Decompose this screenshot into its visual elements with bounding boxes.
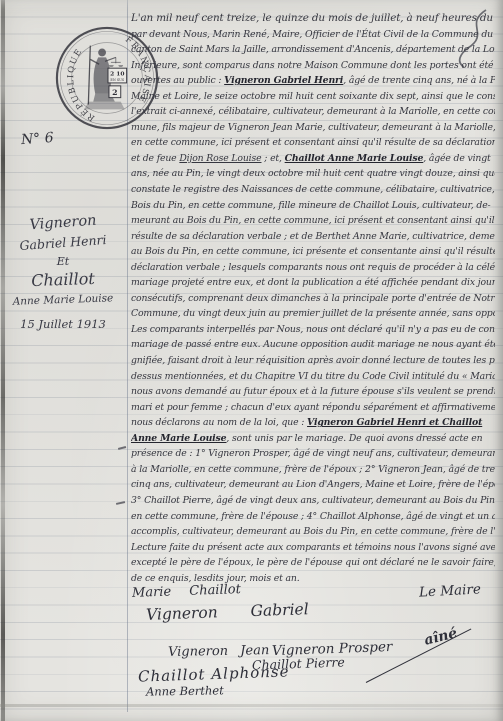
act-text-line: au Bois du Pin, en cette commune, ici pr…: [131, 244, 495, 260]
stamp-denomination-value: 2: [112, 88, 117, 97]
signature-mother: Anne Berthet: [146, 683, 224, 698]
act-text-line: résulte de sa déclaration verbale ; et d…: [131, 229, 495, 245]
act-text-line: excepté le père de l'époux, le père de l…: [131, 555, 495, 571]
stamp-surtax-value: 2 10: [110, 71, 124, 78]
act-text-segment: Maine et Loire, le seize octobre mil hui…: [131, 91, 495, 102]
act-text-line: constate le registre des Naissances de c…: [131, 182, 495, 198]
act-text-segment: nous avons demandé au futur époux et à l…: [131, 386, 495, 397]
act-text-segment: constate le registre des Naissances de c…: [131, 184, 495, 195]
scan-left-edge-shadow: [1, 0, 5, 721]
act-text-line: Bois du Pin, en cette commune, fille min…: [131, 198, 495, 214]
act-text-segment: Bois du Pin, en cette commune, fille min…: [131, 200, 491, 211]
act-text-line: mari et pour femme ; chacun d'eux ayant …: [131, 400, 495, 416]
act-text-segment: en cette commune, frère de l'épouse ; 4°…: [131, 511, 495, 522]
act-text-line: Maine et Loire, le seize octobre mil hui…: [131, 89, 495, 105]
act-text-segment: canton de Saint Mars la Jaille, arrondis…: [131, 44, 495, 55]
act-text-line: mariage de passé entre eux. Aucune oppos…: [131, 337, 495, 353]
act-text-segment: Commune, du vingt deux juin au premier j…: [131, 308, 495, 319]
act-text-line: à la Mariolle, en cette commune, frère d…: [131, 462, 495, 478]
margin-title-line: Chaillot: [2, 269, 125, 291]
act-text-segment: meurant au Bois du Pin, en cette commune…: [131, 215, 494, 226]
act-text-line: mariage projeté entre eux, et dont la pu…: [131, 275, 495, 291]
act-text-line: présence de : 1° Vigneron Prosper, âgé d…: [131, 446, 495, 462]
act-text-segment: Dijon Rose Louise: [179, 153, 261, 164]
act-text-segment: , âgé de trente cinq ans, né à la Pother…: [343, 75, 495, 86]
act-text-segment: cinq ans, cultivateur, demeurant au Lion…: [131, 479, 495, 490]
act-text-line: Les comparants interpellés par Nous, nou…: [131, 322, 495, 338]
act-text-line: meurant au Bois du Pin, en cette commune…: [131, 213, 495, 229]
scanned-marriage-act-page: RÉPUBLIQUE FRANÇAISE 2 10 EN SUS: [0, 0, 503, 721]
act-body-text: L'an mil neuf cent treize, le quinze du …: [131, 11, 495, 591]
act-text-segment: consécutifs, comprenant deux dimanches à…: [131, 293, 495, 304]
paraphe-flourish-icon: [452, 8, 500, 70]
act-text-line: Commune, du vingt deux juin au premier j…: [131, 306, 495, 322]
act-text-line: L'an mil neuf cent treize, le quinze du …: [131, 11, 495, 27]
act-text-segment: mune, fils majeur de Vigneron Jean Marie…: [131, 122, 495, 133]
act-text-line: canton de Saint Mars la Jaille, arrondis…: [131, 42, 495, 58]
act-text-segment: par devant Nous, Marin René, Maire, Offi…: [131, 29, 495, 40]
act-text-segment: au Bois du Pin, en cette commune, ici pr…: [131, 246, 495, 257]
act-text-line: dessus mentionnées, et du Chapitre VI du…: [131, 369, 495, 385]
act-text-segment: Anne Marie Louise: [131, 433, 226, 444]
signature-witness-alphonse: Chaillot Alphonse: [138, 662, 290, 685]
act-text-segment: Vigneron Gabriel Henri: [224, 75, 343, 86]
stamp-surtax-box: 2 10 EN SUS: [108, 68, 127, 83]
act-text-segment: mariage de passé entre eux. Aucune oppos…: [131, 339, 495, 350]
act-text-line: mune, fils majeur de Vigneron Jean Marie…: [131, 120, 495, 136]
act-text-segment: Chaillot Anne Marie Louise: [285, 153, 424, 164]
act-text-segment: nous déclarons au nom de la loi, que :: [131, 417, 307, 428]
act-text-line: et de feue Dijon Rose Louise ; et, Chail…: [131, 151, 495, 167]
act-text-line: ans, née au Pin, le vingt deux octobre m…: [131, 166, 495, 182]
act-text-line: nous déclarons au nom de la loi, que : V…: [131, 415, 495, 431]
act-text-line: en cette commune, ici présent et consent…: [131, 135, 495, 151]
act-text-line: Lecture faite du présent acte aux compar…: [131, 540, 495, 556]
margin-title-line: Et: [2, 253, 124, 271]
act-text-line: accomplis, cultivateur, demeurant au Boi…: [131, 524, 495, 540]
act-text-segment: , âgée de vingt: [423, 153, 490, 164]
act-text-line: consécutifs, comprenant deux dimanches à…: [131, 291, 495, 307]
act-text-segment: L'an mil neuf cent treize, le quinze du …: [131, 12, 495, 24]
act-text-line: en cette commune, frère de l'épouse ; 4°…: [131, 509, 495, 525]
act-text-segment: présence de : 1° Vigneron Prosper, âgé d…: [131, 448, 495, 459]
act-text-segment: 3° Chaillot Pierre, âgé de vingt deux an…: [131, 495, 495, 506]
stamp-denomination-box: 2: [109, 86, 121, 98]
act-text-line: Anne Marie Louise, sont unis par le mari…: [131, 431, 495, 447]
act-text-segment: ouvertes au public :: [131, 75, 224, 86]
signature-groom: Vigneron Gabriel: [146, 600, 309, 624]
margin-title-line: Anne Marie Louise: [2, 289, 125, 311]
signature-bride: Marie Chaillot: [132, 582, 241, 601]
act-text-line: l'extrait ci-annexé, célibataire, cultiv…: [131, 104, 495, 120]
act-text-segment: à la Mariolle, en cette commune, frère d…: [131, 464, 495, 475]
act-text-segment: gnifiée, faisant droit à leur réquisitio…: [131, 355, 495, 366]
act-text-segment: résulte de sa déclaration verbale ; et d…: [131, 231, 495, 242]
signature-flourish-line: [366, 628, 472, 682]
act-text-line: 3° Chaillot Pierre, âgé de vingt deux an…: [131, 493, 495, 509]
act-text-line: gnifiée, faisant droit à leur réquisitio…: [131, 353, 495, 369]
page-bottom-edge: [0, 704, 503, 707]
margin-title-block: VigneronGabriel HenriEtChaillotAnne Mari…: [2, 214, 124, 333]
act-text-segment: accomplis, cultivateur, demeurant au Boi…: [131, 526, 495, 537]
act-text-segment: mari et pour femme ; chacun d'eux ayant …: [131, 402, 495, 413]
act-text-segment: déclaration verbale ; lesquels comparant…: [131, 262, 495, 273]
act-text-line: Inférieure, sont comparus dans notre Mai…: [131, 58, 495, 74]
act-text-line: cinq ans, cultivateur, demeurant au Lion…: [131, 477, 495, 493]
act-text-segment: Lecture faite du présent acte aux compar…: [131, 542, 495, 553]
act-text-line: ouvertes au public : Vigneron Gabriel He…: [131, 73, 495, 89]
marginal-tick-mark: [118, 446, 126, 449]
act-text-segment: en cette commune, ici présent et consent…: [131, 137, 495, 148]
act-text-segment: dessus mentionnées, et du Chapitre VI du…: [131, 371, 495, 382]
act-text-segment: mariage projeté entre eux, et dont la pu…: [131, 277, 495, 288]
marginal-tick-mark: [116, 501, 125, 504]
act-text-line: déclaration verbale ; lesquels comparant…: [131, 260, 495, 276]
signature-le-maire: Le Maire: [419, 581, 482, 600]
act-text-segment: , sont unis par le mariage. De quoi avon…: [226, 433, 482, 444]
act-text-segment: Inférieure, sont comparus dans notre Mai…: [131, 60, 493, 71]
act-text-segment: ans, née au Pin, le vingt deux octobre m…: [131, 168, 495, 179]
act-text-segment: l'extrait ci-annexé, célibataire, cultiv…: [131, 106, 495, 117]
act-text-segment: ; et,: [261, 153, 284, 164]
act-text-segment: et de feue: [131, 153, 179, 164]
act-text-line: par devant Nous, Marin René, Maire, Offi…: [131, 27, 495, 43]
act-text-line: nous avons demandé au futur époux et à l…: [131, 384, 495, 400]
stamp-surtax-label: EN SUS: [110, 78, 124, 82]
act-text-segment: Les comparants interpellés par Nous, nou…: [131, 324, 495, 335]
margin-title-line: 15 Juillet 1913: [2, 315, 124, 333]
act-text-segment: Vigneron Gabriel Henri et Chaillot: [307, 417, 482, 428]
act-text-segment: excepté le père de l'époux, le père de l…: [131, 557, 495, 568]
act-number: N° 6: [20, 130, 54, 148]
